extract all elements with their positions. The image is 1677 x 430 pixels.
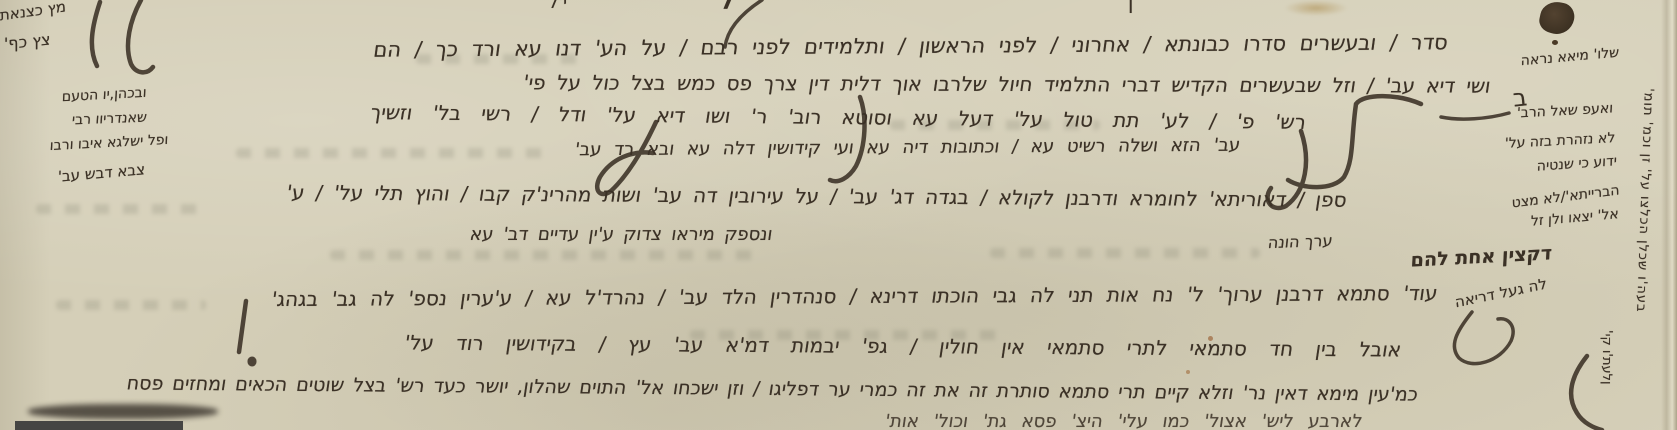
margin-note-right-slanted: לה געל דריאה (1454, 277, 1547, 311)
bleed-through-row (330, 250, 760, 260)
scan-artifact-bar (15, 421, 183, 430)
bleed-through-row (236, 148, 546, 158)
manuscript-line: רש' פ' / לע' תת טול על' דעל עא וסוטא רוב… (370, 102, 1308, 132)
margin-note-right: שלו' מיאא נראה (1521, 46, 1620, 68)
manuscript-line-clipped: לארבע ליש' אצול' כמו עלי' היצ' פסא גת' ו… (883, 413, 1363, 430)
margin-note-right: ואעפ שאל הרב' (1517, 102, 1614, 121)
bleed-through-row (990, 248, 1260, 258)
margin-note-left: צץ כף' (4, 32, 51, 53)
ink-blot (1537, 0, 1577, 37)
margin-note-right: לא נזהרת בזה על' (1504, 131, 1615, 151)
manuscript-line: ונספק מיראו צדוק ע'ין עדיים דב' עא (468, 226, 773, 244)
manuscript-line: אובל בין חד סתמאי לתרי סתמאי אין חולין /… (403, 333, 1403, 360)
clipped-letter-fragment: ל (716, 0, 739, 16)
manuscript-line: ושי דיא עב' / וזל שבעשרים הקדיש דברי התל… (522, 72, 1492, 95)
bleed-through-row (56, 300, 206, 310)
manuscript-line: עוד' סתמא דרבנן ערוך' ל' נח אות תני לה ג… (270, 283, 1439, 309)
vertical-edge-note: בעה'ו שכלן הכלצו על' זן וכמ' תומ' (1634, 88, 1655, 313)
margin-note-left: מץ כצנאת (0, 0, 66, 24)
ink-blot-dot (1552, 40, 1558, 45)
margin-note-right: אל' יצאו ולן זל (1531, 207, 1619, 229)
foxing-spot (1208, 336, 1213, 341)
margin-note-left: ופל ישלגא איבו ורבו (49, 133, 168, 153)
manuscript-line: סדר / ובעשרים סדרו כבונתא / אחרוני / לפנ… (372, 32, 1449, 60)
margin-note-right: ידוע כי שנטיה (1537, 154, 1618, 174)
margin-note-right-bold: דקצין אחת להם (1411, 244, 1553, 270)
pen-swash-overlay (0, 0, 1677, 430)
vertical-edge-note: ןלעת'ו קי' (1600, 330, 1613, 385)
manuscript-line: כמ'עין מימא דאין נר' וזלא קיים תרי סתמא … (126, 374, 1420, 404)
interlinear-note: ערך הונה (1267, 233, 1333, 251)
foxing-spot (1186, 370, 1190, 374)
manuscript-page: סדר / ובעשרים סדרו כבונתא / אחרוני / לפנ… (0, 0, 1677, 430)
margin-note-right: הברייתא'/לא מצט (1511, 184, 1619, 211)
page-edge-shading (1661, 0, 1677, 430)
manuscript-line: עב' הזא ושלה רשיט עא / וכתובות דיה עא וע… (574, 137, 1242, 160)
manuscript-line: ספן / דאוריתא' לחומרא ודרבנן לקולא / בגד… (285, 182, 1348, 209)
ink-smudge (28, 404, 218, 419)
clipped-letter-fragment: י'ל (548, 0, 567, 12)
bleed-through-row (36, 204, 206, 214)
margin-note-left: ובכהן,יו הטעם (61, 86, 146, 104)
paper-stain (1284, 0, 1348, 16)
margin-note-left: צבא דבש עב' (58, 162, 146, 185)
margin-note-left: שאנדריוו רבי (71, 111, 147, 128)
clipped-letter-fragment: ן (1128, 0, 1133, 12)
